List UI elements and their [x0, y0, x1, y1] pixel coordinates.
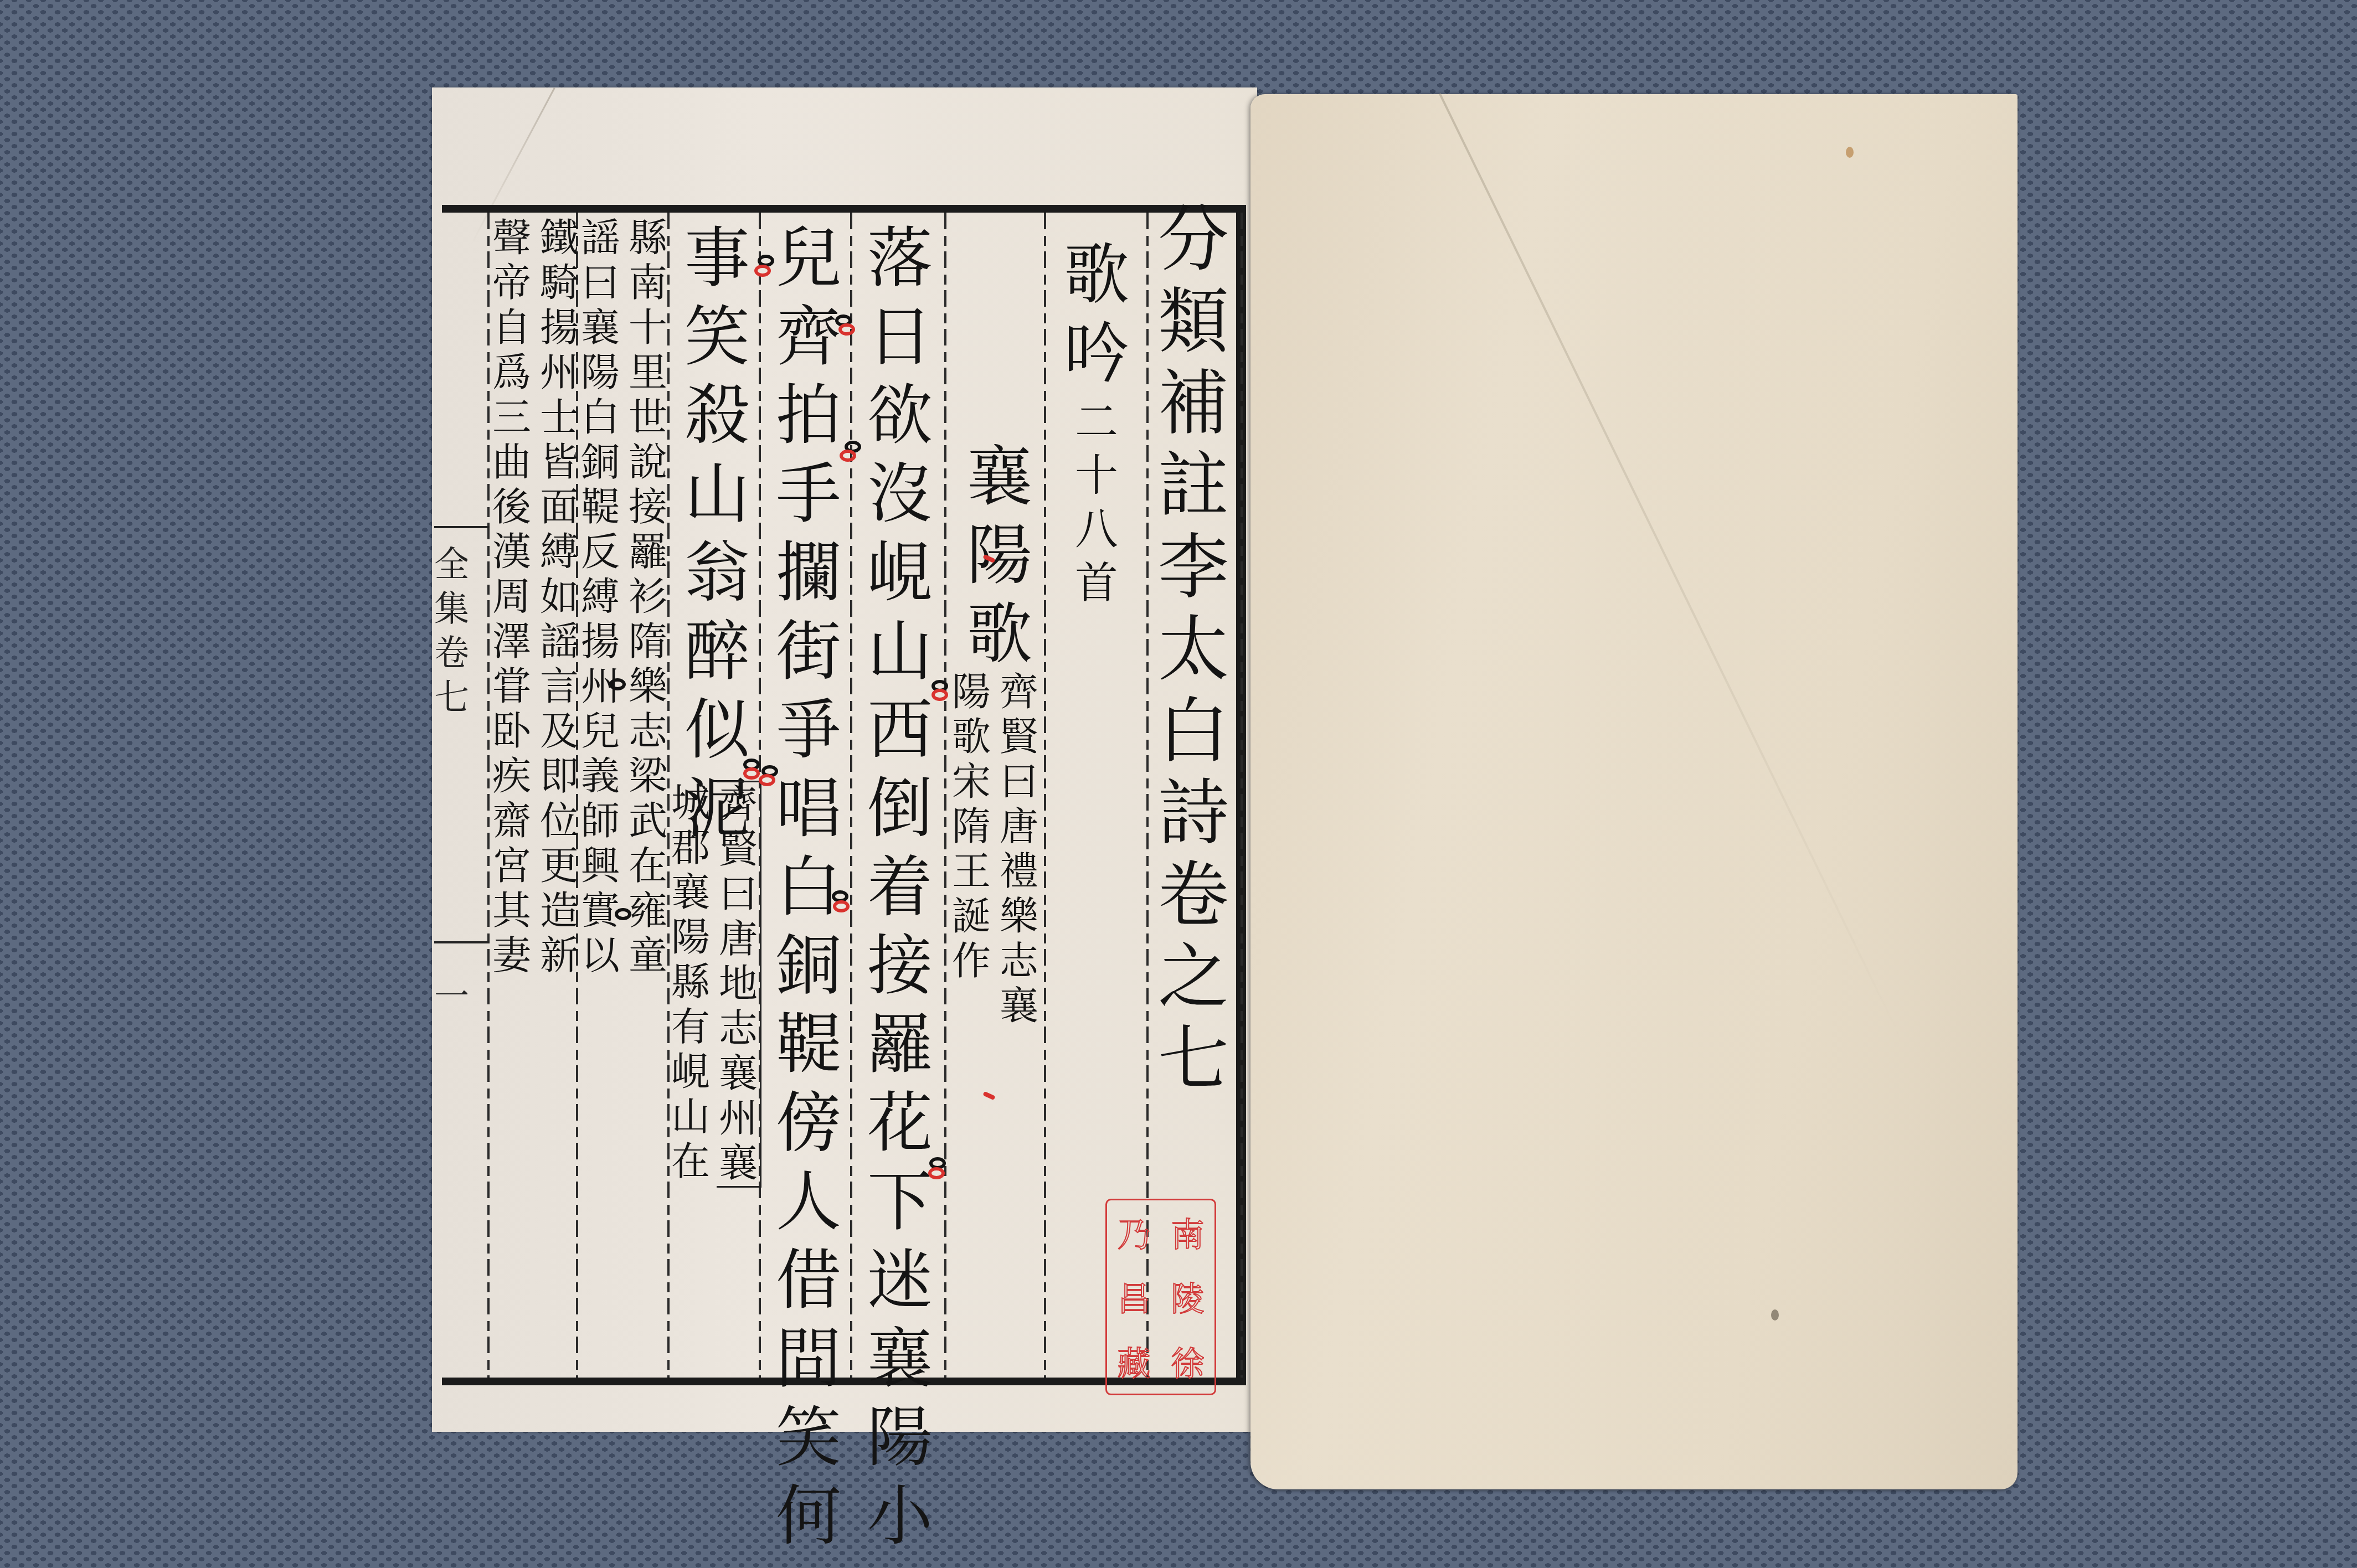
glyph: 南	[626, 261, 670, 306]
glyph: 士	[538, 395, 581, 440]
glyph: 唐	[997, 804, 1041, 849]
glyph: 志	[997, 939, 1041, 984]
glyph: 接	[858, 926, 941, 1005]
punctuation-circle-icon	[754, 265, 771, 277]
glyph: 以	[579, 933, 622, 978]
right-blank-page	[1250, 94, 2018, 1489]
glyph: 襄	[717, 1051, 760, 1096]
glyph: 賢	[717, 827, 760, 872]
glyph: 唱	[767, 769, 850, 848]
volume-title: 分類補註李太白詩卷之七	[1149, 199, 1238, 1101]
glyph: 陽	[669, 915, 712, 960]
glyph: 反	[579, 530, 622, 575]
glyph: 齋	[490, 799, 533, 844]
paper-stain	[1846, 147, 1854, 158]
glyph: 山	[669, 1095, 712, 1139]
glyph: 造	[538, 889, 581, 933]
glyph: 疾	[490, 754, 533, 799]
glyph: 言	[538, 664, 581, 709]
glyph: 峴	[858, 533, 941, 612]
glyph: 歌	[958, 595, 1041, 673]
glyph: 陽	[858, 1398, 941, 1477]
glyph: 七	[434, 675, 467, 720]
glyph: 在	[669, 1139, 712, 1184]
glyph: 有	[669, 1005, 712, 1050]
glyph: 作	[950, 939, 993, 984]
glyph: 位	[538, 799, 581, 844]
glyph: 註	[1149, 445, 1238, 527]
glyph: 兒	[767, 219, 850, 297]
glyph: 兒	[579, 709, 622, 754]
column-rule	[1241, 213, 1243, 1378]
poem-title-annotation: 齊賢曰唐禮樂志襄 陽歌宋隋王誕作	[950, 670, 1041, 1029]
punctuation-circle-icon	[840, 450, 856, 462]
annotation-right: 齊賢曰唐禮樂志襄	[997, 670, 1041, 1029]
glyph: 縣	[626, 216, 670, 261]
glyph: 齊	[717, 782, 760, 827]
glyph: 隋	[626, 620, 670, 664]
punctuation-circle-icon	[928, 1167, 945, 1179]
glyph: 街	[767, 612, 850, 690]
glyph: 謡	[538, 620, 581, 664]
glyph: 日	[858, 297, 941, 376]
poem-line-1: 落日欲沒峴山西倒着接䍦花下迷襄陽小	[858, 219, 941, 1555]
glyph: 州	[538, 350, 581, 395]
glyph: 銅	[579, 440, 622, 485]
glyph: 白	[579, 395, 622, 440]
glyph: 七	[1149, 1019, 1238, 1101]
glyph: 借	[767, 1241, 850, 1319]
glyph: 如	[538, 575, 581, 620]
glyph: 謡	[579, 216, 622, 261]
glyph: 騎	[538, 261, 581, 306]
glyph: 志	[626, 709, 670, 754]
glyph: 手	[767, 455, 850, 533]
fold-fishtail-rule	[434, 526, 490, 528]
glyph: 郡	[669, 826, 712, 870]
glyph: 三	[490, 395, 533, 440]
glyph: 銅	[767, 926, 850, 1005]
glyph: 梁	[626, 754, 670, 799]
glyph: 小	[858, 1477, 941, 1555]
glyph: 落	[858, 219, 941, 297]
poem-line-2: 兒齊拍手攔街爭唱白銅鞮傍人借問笑何	[767, 219, 850, 1555]
poem-line-3-annotation: 齊賢曰唐地志襄州襄 城郡襄陽縣有峴山在	[669, 781, 761, 1188]
glyph: 陽	[958, 516, 1041, 595]
glyph: 迷	[858, 1241, 941, 1319]
glyph: 笑	[767, 1398, 850, 1477]
glyph: 陽	[950, 670, 993, 715]
glyph: 鞮	[767, 1005, 850, 1084]
seal-char: 乃	[1107, 1209, 1161, 1256]
glyph: 後	[490, 485, 533, 530]
column-rule	[1044, 213, 1046, 1378]
annotation-right: 齊賢曰唐地志襄州襄	[717, 781, 761, 1188]
glyph: 拍	[767, 376, 850, 455]
glyph: 山	[676, 455, 759, 533]
glyph: 襄	[997, 984, 1041, 1029]
glyph: 八	[1072, 503, 1121, 557]
glyph: 帝	[490, 261, 533, 306]
section-count: 二十八首	[1072, 396, 1121, 611]
glyph: 傍	[767, 1084, 850, 1162]
glyph: 䍦	[858, 1005, 941, 1084]
glyph: 襄	[717, 1141, 760, 1186]
glyph: 興	[579, 844, 622, 889]
punctuation-circle-icon	[932, 689, 948, 701]
glyph: 一	[434, 974, 467, 1019]
punctuation-circle-icon	[615, 908, 631, 920]
glyph: 禮	[997, 849, 1041, 894]
glyph: 武	[626, 799, 670, 844]
glyph: 唐	[717, 917, 760, 962]
glyph: 吟	[1055, 314, 1138, 393]
seal-char: 昌	[1107, 1273, 1161, 1321]
seal-char: 陵	[1161, 1273, 1214, 1321]
column-rule	[850, 213, 852, 1378]
glyph: 澤	[490, 620, 533, 664]
glyph: 山	[858, 612, 941, 690]
glyph: 陽	[579, 350, 622, 395]
glyph: 樂	[626, 664, 670, 709]
annotation-left: 謡曰襄陽白銅鞮反縛揚州兒義師興實以	[579, 216, 622, 978]
glyph: 宋	[950, 760, 993, 804]
glyph: 攔	[767, 533, 850, 612]
glyph: 樂	[997, 894, 1041, 939]
glyph: 縣	[669, 960, 712, 1005]
glyph: 類	[1149, 281, 1238, 363]
glyph: 接	[626, 485, 670, 530]
glyph: 隋	[950, 804, 993, 849]
glyph: 卧	[490, 709, 533, 754]
glyph: 補	[1149, 363, 1238, 445]
glyph: 其	[490, 889, 533, 933]
glyph: 城	[669, 781, 712, 826]
fold-fishtail-rule	[434, 941, 490, 943]
glyph: 及	[538, 709, 581, 754]
glyph: 白	[1149, 691, 1238, 773]
punctuation-circle-icon	[838, 323, 855, 336]
glyph: 即	[538, 754, 581, 799]
glyph: 十	[626, 306, 670, 350]
glyph: 鐵	[538, 216, 581, 261]
glyph: 襄	[669, 870, 712, 915]
glyph: 齊	[767, 297, 850, 376]
page-fold-line	[1439, 93, 1902, 1039]
annotation-right: 縣南十里世說接䍦衫隋樂志梁武在雍童	[626, 216, 670, 978]
column-rule	[944, 213, 946, 1378]
punctuation-circle-icon	[759, 774, 775, 786]
glyph: 太	[1149, 609, 1238, 691]
glyph: 襄	[858, 1319, 941, 1398]
glyph: 里	[626, 350, 670, 395]
glyph: 齊	[997, 670, 1041, 715]
glyph: 峴	[669, 1050, 712, 1095]
fold-margin-label: 全集卷七	[434, 543, 467, 720]
fold-page-number: 一	[434, 974, 467, 1019]
seal-char: 南	[1161, 1209, 1214, 1256]
glyph: 童	[626, 933, 670, 978]
glyph: 皆	[538, 440, 581, 485]
commentary-column-1: 縣南十里世說接䍦衫隋樂志梁武在雍童 謡曰襄陽白銅鞮反縛揚州兒義師興實以	[579, 216, 670, 978]
glyph: 鞮	[579, 485, 622, 530]
glyph: 殺	[676, 376, 759, 455]
glyph: 爲	[490, 350, 533, 395]
glyph: 面	[538, 485, 581, 530]
glyph: 師	[579, 799, 622, 844]
glyph: 周	[490, 575, 533, 620]
glyph: 之	[1149, 937, 1238, 1019]
glyph: 縛	[538, 530, 581, 575]
glyph: 漢	[490, 530, 533, 575]
glyph: 何	[767, 1477, 850, 1555]
annotation-left: 聲帝自爲三曲後漢周澤甞卧疾齋宮其妻	[490, 216, 533, 978]
glyph: 分	[1149, 199, 1238, 281]
glyph: 卷	[1149, 855, 1238, 937]
glyph: 縛	[579, 575, 622, 620]
seal-char: 徐	[1161, 1338, 1214, 1385]
glyph: 翁	[676, 533, 759, 612]
glyph: 䍦	[626, 530, 670, 575]
glyph: 曰	[579, 261, 622, 306]
poem-line-3: 事笑殺山翁醉似泥	[676, 219, 759, 848]
glyph: 義	[579, 754, 622, 799]
glyph: 更	[538, 844, 581, 889]
glyph: 說	[626, 440, 670, 485]
glyph: 歌	[950, 715, 993, 760]
glyph: 曰	[997, 760, 1041, 804]
glyph: 襄	[958, 437, 1041, 516]
annotation-right: 鐵騎揚州士皆面縛如謡言及即位更造新	[538, 216, 581, 978]
commentary-column-2: 鐵騎揚州士皆面縛如謡言及即位更造新 聲帝自爲三曲後漢周澤甞卧疾齋宮其妻	[490, 216, 581, 978]
glyph: 首	[1072, 557, 1121, 611]
glyph: 爭	[767, 690, 850, 769]
glyph: 西	[858, 690, 941, 769]
annotation-left: 城郡襄陽縣有峴山在	[669, 781, 712, 1188]
glyph: 醉	[676, 612, 759, 690]
glyph: 衫	[626, 575, 670, 620]
annotation-left: 陽歌宋隋王誕作	[950, 670, 993, 1029]
glyph: 揚	[538, 306, 581, 350]
glyph: 問	[767, 1319, 850, 1398]
glyph: 聲	[490, 216, 533, 261]
glyph: 揚	[579, 620, 622, 664]
glyph: 歌	[1055, 235, 1138, 314]
glyph: 笑	[676, 297, 759, 376]
glyph: 白	[767, 848, 850, 926]
glyph: 似	[676, 690, 759, 769]
glyph: 全	[434, 543, 467, 587]
glyph: 王	[950, 849, 993, 894]
glyph: 曲	[490, 440, 533, 485]
glyph: 卷	[434, 631, 467, 675]
glyph: 花	[858, 1084, 941, 1162]
glyph: 在	[626, 844, 670, 889]
glyph: 着	[858, 848, 941, 926]
glyph: 誕	[950, 894, 993, 939]
glyph: 事	[676, 219, 759, 297]
section-heading: 歌吟	[1055, 235, 1138, 393]
poem-title: 襄陽歌	[958, 437, 1041, 673]
glyph: 雍	[626, 889, 670, 933]
glyph: 州	[717, 1096, 760, 1141]
glyph: 妻	[490, 933, 533, 978]
glyph: 欲	[858, 376, 941, 455]
glyph: 甞	[490, 664, 533, 709]
glyph: 自	[490, 306, 533, 350]
column-rule	[487, 213, 490, 1378]
glyph: 世	[626, 395, 670, 440]
collector-seal-stamp: 南 乃 陵 昌 徐 藏	[1105, 1199, 1216, 1395]
punctuation-circle-icon	[609, 678, 626, 690]
glyph: 宮	[490, 844, 533, 889]
glyph: 沒	[858, 455, 941, 533]
glyph: 新	[538, 933, 581, 978]
glyph: 十	[1072, 450, 1121, 503]
paper-spot	[1771, 1309, 1779, 1321]
glyph: 地	[717, 962, 760, 1007]
glyph: 二	[1072, 396, 1121, 450]
glyph: 詩	[1149, 773, 1238, 855]
glyph: 人	[767, 1162, 850, 1241]
glyph: 襄	[579, 306, 622, 350]
seal-char: 藏	[1107, 1338, 1161, 1385]
glyph: 集	[434, 587, 467, 631]
glyph: 李	[1149, 527, 1238, 609]
glyph: 志	[717, 1007, 760, 1051]
